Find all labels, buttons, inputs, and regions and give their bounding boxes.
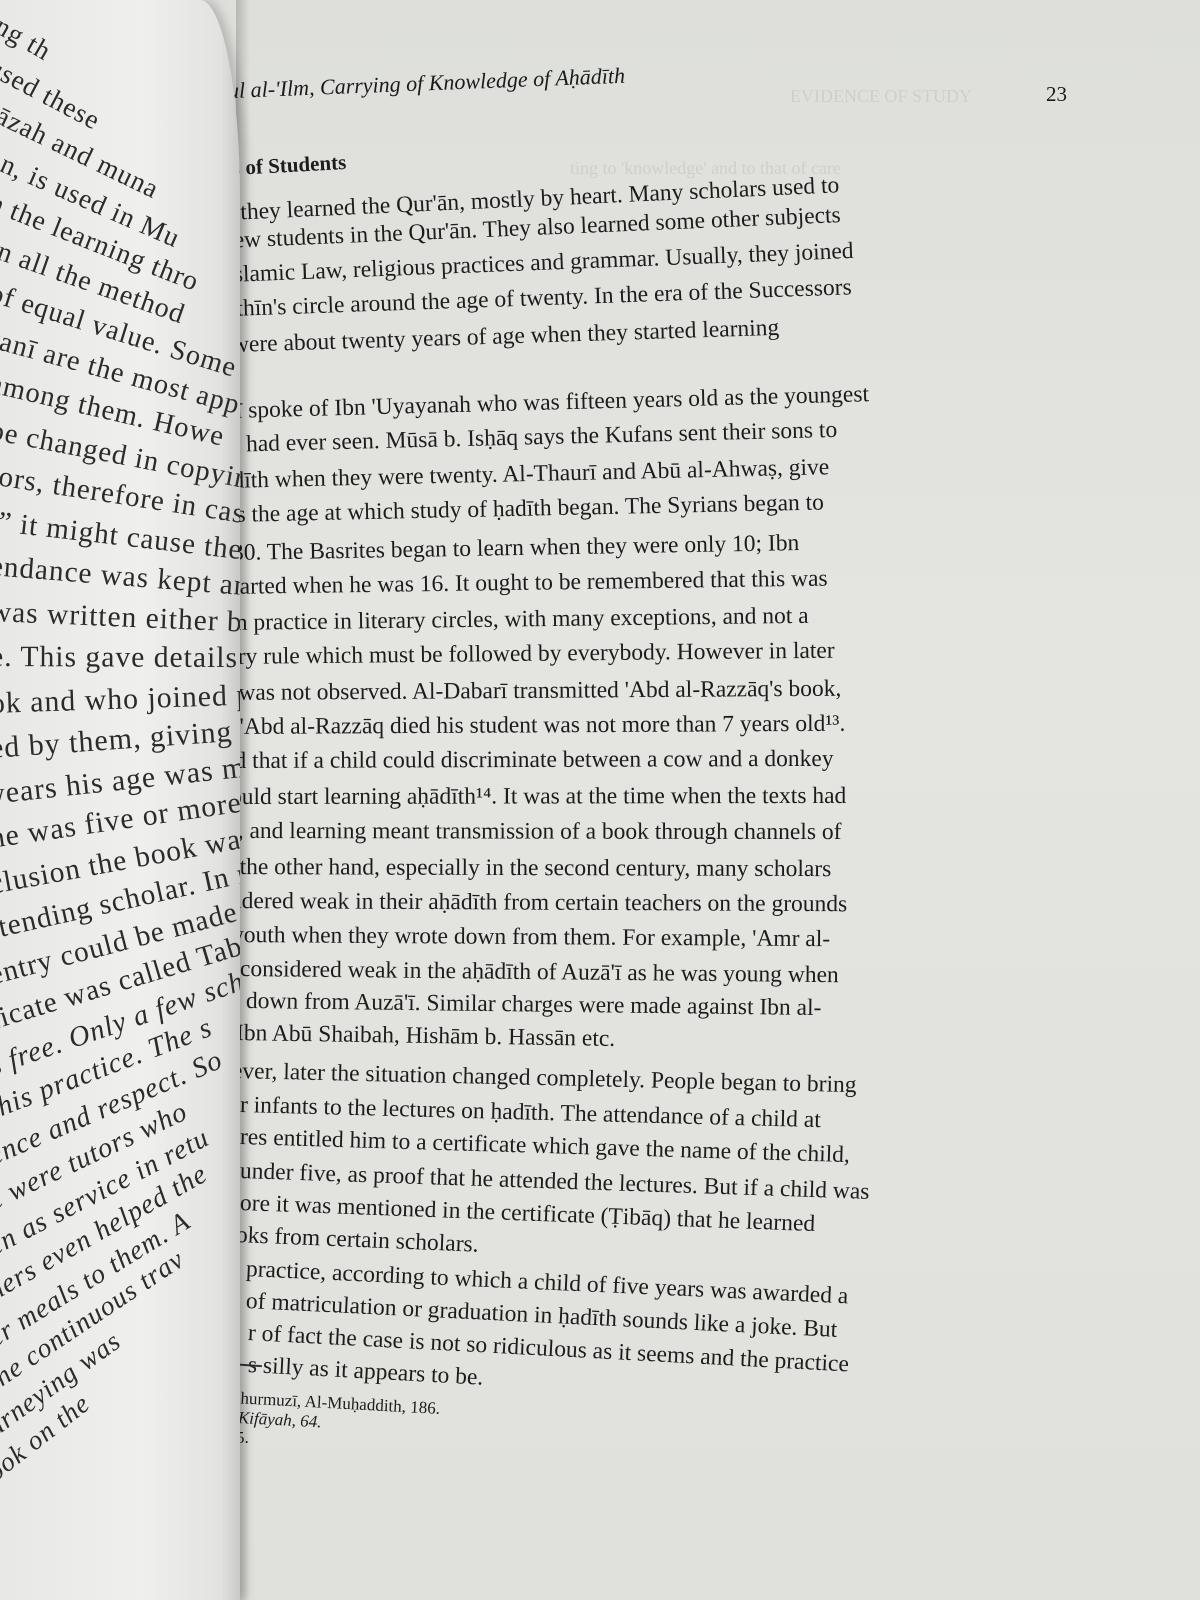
bleed-through-text: EVIDENCE OF STUDY — [790, 86, 972, 107]
left-facing-page: ing thused thesejāzah and munaan, is use… — [0, 0, 240, 1600]
body-line: ould start learning aḥādīth¹⁴. It was at… — [230, 783, 846, 811]
page-number: 23 — [1046, 82, 1067, 107]
body-line: t was not observed. Al-Dabarī transmitte… — [226, 676, 842, 707]
body-line: n the other hand, especially in the seco… — [222, 854, 831, 883]
body-line: id that if a child could discriminate be… — [228, 746, 834, 775]
body-line: n 'Abd al-Razzāq died his student was no… — [222, 711, 845, 741]
body-line: sidered weak in their aḥādīth from certa… — [226, 888, 847, 918]
body-line: d, and learning meant transmission of a … — [226, 818, 841, 846]
left-page-line: was written either by th — [0, 596, 240, 641]
left-page-line: e. This gave details of — [0, 641, 240, 675]
body-line: youth when they wrote down from them. Fo… — [232, 922, 830, 953]
left-page-line: ok and who joined pa — [0, 677, 240, 720]
